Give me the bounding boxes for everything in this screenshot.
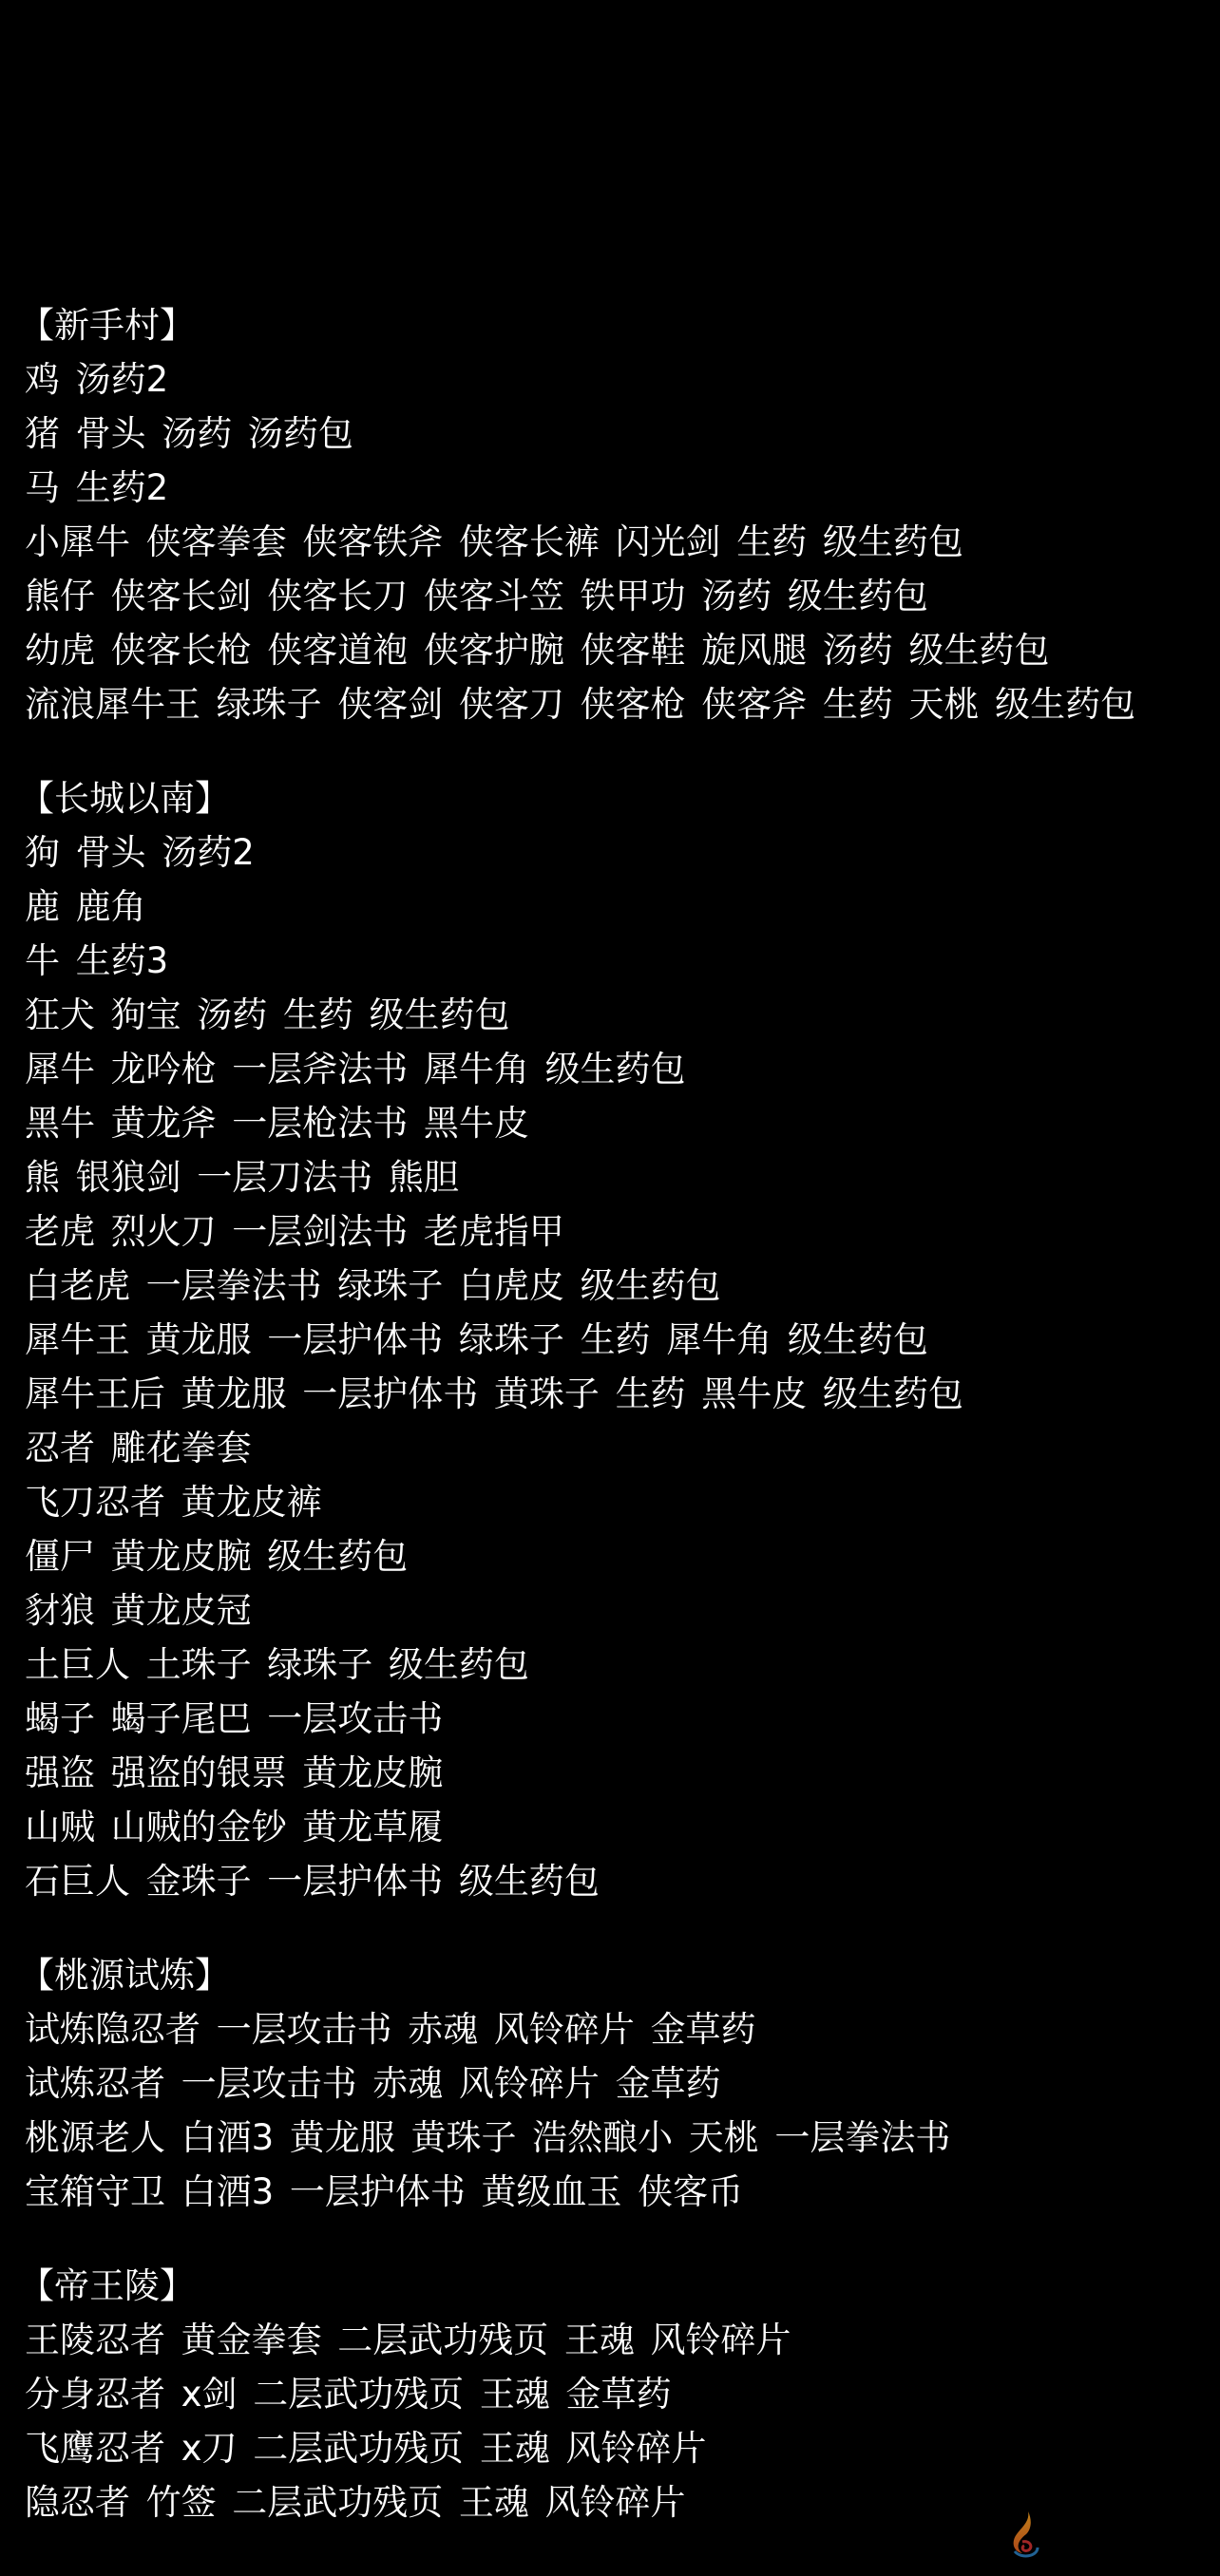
- drop-item: 金草药: [651, 2009, 756, 2050]
- drop-item: x刀: [181, 2428, 238, 2469]
- drop-item: 一层刀法书: [197, 1157, 372, 1198]
- drop-item: 生药: [283, 994, 353, 1035]
- list-item: 马生药2: [25, 461, 1203, 515]
- monster-name: 幼虎: [25, 630, 95, 671]
- section-title: 【长城以南】: [19, 771, 1203, 825]
- monster-name: 石巨人: [25, 1861, 130, 1902]
- drop-item: 黄珠子: [410, 2117, 516, 2158]
- drop-item: 风铃碎片: [651, 2320, 791, 2360]
- list-item: 土巨人土珠子绿珠子级生药包: [25, 1638, 1203, 1692]
- drop-item: 一层护体书: [302, 1373, 478, 1414]
- drop-item: 强盗的银票: [111, 1752, 287, 1793]
- section-title: 【新手村】: [19, 298, 1203, 352]
- monster-name: 马: [25, 467, 60, 508]
- drop-item: 侠客长刀: [267, 576, 408, 616]
- monster-name: 分身忍者: [25, 2374, 165, 2415]
- monster-name: 黑牛: [25, 1103, 95, 1144]
- monster-name: 狂犬: [25, 994, 95, 1035]
- drop-item: 风铃碎片: [459, 2063, 600, 2104]
- drop-item: 狗宝: [111, 994, 181, 1035]
- drop-item: 级生药包: [823, 521, 963, 562]
- drop-item: 侠客鞋: [581, 630, 686, 671]
- drop-item: 绿珠子: [267, 1644, 372, 1685]
- drop-item: 生药: [736, 521, 807, 562]
- list-item: 分身忍者x剑二层武功残页王魂金草药: [25, 2367, 1203, 2421]
- list-item: 黑牛黄龙斧一层枪法书黑牛皮: [25, 1096, 1203, 1150]
- drop-item: 级生药包: [788, 576, 928, 616]
- drop-item: 侠客拳套: [146, 521, 287, 562]
- drop-item: 一层枪法书: [232, 1103, 408, 1144]
- monster-name: 犀牛: [25, 1049, 95, 1089]
- drop-item: 金草药: [565, 2374, 671, 2415]
- drop-item: 黄龙皮冠: [111, 1590, 252, 1631]
- drop-item: x剑: [181, 2374, 238, 2415]
- drop-item: 黄龙皮裤: [181, 1482, 322, 1523]
- drop-item: 犀牛角: [424, 1049, 529, 1089]
- list-item: 忍者雕花拳套: [25, 1421, 1203, 1475]
- list-item: 鸡汤药2: [25, 352, 1203, 407]
- list-item: 石巨人金珠子一层护体书级生药包: [25, 1854, 1203, 1908]
- monster-name: 土巨人: [25, 1644, 130, 1685]
- list-item: 狂犬狗宝汤药生药级生药包: [25, 988, 1203, 1042]
- drop-item: 级生药包: [370, 994, 510, 1035]
- drop-item: 王魂: [480, 2374, 550, 2415]
- monster-name: 犀牛王: [25, 1319, 130, 1360]
- drop-item: 一层护体书: [267, 1319, 443, 1360]
- drop-item: 一层拳法书: [146, 1265, 322, 1306]
- section-title: 【桃源试炼】: [19, 1948, 1203, 2002]
- monster-name: 猪: [25, 413, 60, 454]
- list-item: 僵尸黄龙皮腕级生药包: [25, 1529, 1203, 1583]
- monster-name: 宝箱守卫: [25, 2171, 165, 2212]
- list-item: 山贼山贼的金钞黄龙草履: [25, 1800, 1203, 1854]
- drop-item: 侠客剑: [337, 684, 443, 725]
- drop-item: 竹签: [146, 2482, 217, 2523]
- list-item: 宝箱守卫白酒3一层护体书黄级血玉侠客币: [25, 2165, 1203, 2219]
- monster-name: 山贼: [25, 1807, 95, 1847]
- drop-item: 生药: [823, 684, 893, 725]
- drop-item: 一层攻击书: [181, 2063, 357, 2104]
- monster-name: 飞鹰忍者: [25, 2428, 165, 2469]
- drop-item: 黄龙服: [290, 2117, 395, 2158]
- list-item: 小犀牛侠客拳套侠客铁斧侠客长裤闪光剑生药级生药包: [25, 515, 1203, 569]
- list-item: 豺狼黄龙皮冠: [25, 1583, 1203, 1638]
- drop-item: 旋风腿: [701, 630, 807, 671]
- drop-item: 侠客铁斧: [302, 521, 443, 562]
- drop-item: 生药3: [76, 940, 169, 981]
- monster-name: 流浪犀牛王: [25, 684, 200, 725]
- list-item: 蝎子蝎子尾巴一层攻击书: [25, 1692, 1203, 1746]
- drop-item: 侠客道袍: [267, 630, 408, 671]
- drop-item: 级生药包: [459, 1861, 600, 1902]
- list-item: 犀牛王黄龙服一层护体书绿珠子生药犀牛角级生药包: [25, 1313, 1203, 1367]
- drop-item: 浩然酿小: [532, 2117, 673, 2158]
- drop-item: 白酒3: [181, 2171, 275, 2212]
- list-item: 王陵忍者黄金拳套二层武功残页王魂风铃碎片: [25, 2313, 1203, 2367]
- drop-item: 土珠子: [146, 1644, 252, 1685]
- drop-item: 风铃碎片: [494, 2009, 635, 2050]
- drop-item: 生药2: [76, 467, 169, 508]
- monster-name: 老虎: [25, 1211, 95, 1252]
- drop-item: 级生药包: [581, 1265, 721, 1306]
- list-item: 猪骨头汤药汤药包: [25, 407, 1203, 461]
- list-item: 老虎烈火刀一层剑法书老虎指甲: [25, 1204, 1203, 1259]
- drop-item: 二层武功残页: [253, 2374, 464, 2415]
- monster-name: 忍者: [25, 1428, 95, 1468]
- monster-name: 小犀牛: [25, 521, 130, 562]
- drop-list-document: 【新手村】鸡汤药2猪骨头汤药汤药包马生药2小犀牛侠客拳套侠客铁斧侠客长裤闪光剑生…: [25, 298, 1203, 2569]
- drop-item: 侠客币: [638, 2171, 743, 2212]
- monster-name: 僵尸: [25, 1536, 95, 1577]
- monster-name: 熊: [25, 1157, 60, 1198]
- drop-item: 汤药2: [76, 359, 169, 400]
- drop-item: 山贼的金钞: [111, 1807, 287, 1847]
- drop-item: 黑牛皮: [701, 1373, 807, 1414]
- drop-item: 汤药: [823, 630, 893, 671]
- list-item: 飞刀忍者黄龙皮裤: [25, 1475, 1203, 1529]
- drop-item: 黑牛皮: [424, 1103, 529, 1144]
- drop-item: 黄龙斧: [111, 1103, 217, 1144]
- monster-name: 鸡: [25, 359, 60, 400]
- drop-item: 侠客斗笠: [424, 576, 564, 616]
- drop-item: 黄龙服: [146, 1319, 252, 1360]
- drop-item: 闪光剑: [616, 521, 721, 562]
- drop-item: 白虎皮: [459, 1265, 564, 1306]
- monster-name: 豺狼: [25, 1590, 95, 1631]
- drop-item: 天桃: [908, 684, 979, 725]
- section-3: 【帝王陵】王陵忍者黄金拳套二层武功残页王魂风铃碎片分身忍者x剑二层武功残页王魂金…: [25, 2259, 1203, 2529]
- section-1: 【长城以南】狗骨头汤药2鹿鹿角牛生药3狂犬狗宝汤药生药级生药包犀牛龙吟枪一层斧法…: [25, 771, 1203, 1908]
- monster-name: 熊仔: [25, 576, 95, 616]
- drop-item: 骨头: [76, 832, 146, 873]
- list-item: 牛生药3: [25, 934, 1203, 988]
- monster-name: 飞刀忍者: [25, 1482, 165, 1523]
- drop-item: 风铃碎片: [545, 2482, 686, 2523]
- monster-name: 桃源老人: [25, 2117, 165, 2158]
- drop-item: 黄龙皮腕: [111, 1536, 252, 1577]
- drop-item: 汤药: [197, 994, 267, 1035]
- monster-name: 试炼隐忍者: [25, 2009, 200, 2050]
- section-title: 【帝王陵】: [19, 2259, 1203, 2313]
- list-item: 犀牛王后黄龙服一层护体书黄珠子生药黑牛皮级生药包: [25, 1367, 1203, 1421]
- list-item: 桃源老人白酒3黄龙服黄珠子浩然酿小天桃一层拳法书: [25, 2111, 1203, 2165]
- drop-item: 侠客长枪: [111, 630, 252, 671]
- monster-name: 犀牛王后: [25, 1373, 165, 1414]
- monster-name: 白老虎: [25, 1265, 130, 1306]
- drop-item: 二层武功残页: [232, 2482, 443, 2523]
- drop-item: 级生药包: [908, 630, 1049, 671]
- drop-item: 王魂: [459, 2482, 529, 2523]
- drop-item: 绿珠子: [459, 1319, 564, 1360]
- drop-item: 汤药包: [248, 413, 353, 454]
- drop-item: 犀牛角: [666, 1319, 772, 1360]
- drop-item: 绿珠子: [337, 1265, 443, 1306]
- drop-item: 级生药包: [389, 1644, 529, 1685]
- section-0: 【新手村】鸡汤药2猪骨头汤药汤药包马生药2小犀牛侠客拳套侠客铁斧侠客长裤闪光剑生…: [25, 298, 1203, 731]
- drop-item: 金珠子: [146, 1861, 252, 1902]
- monster-name: 牛: [25, 940, 60, 981]
- drop-item: 侠客枪: [581, 684, 686, 725]
- monster-name: 强盗: [25, 1752, 95, 1793]
- drop-item: 侠客长裤: [459, 521, 600, 562]
- drop-item: 银狼剑: [76, 1157, 181, 1198]
- drop-item: 天桃: [689, 2117, 759, 2158]
- drop-item: 二层武功残页: [337, 2320, 548, 2360]
- list-item: 试炼忍者一层攻击书赤魂风铃碎片金草药: [25, 2056, 1203, 2111]
- drop-item: 骨头: [76, 413, 146, 454]
- drop-item: 一层护体书: [290, 2171, 466, 2212]
- drop-item: 赤魂: [408, 2009, 478, 2050]
- list-item: 狗骨头汤药2: [25, 825, 1203, 880]
- list-item: 熊银狼剑一层刀法书熊胆: [25, 1150, 1203, 1204]
- drop-item: 级生药包: [788, 1319, 928, 1360]
- section-2: 【桃源试炼】试炼隐忍者一层攻击书赤魂风铃碎片金草药试炼忍者一层攻击书赤魂风铃碎片…: [25, 1948, 1203, 2219]
- drop-item: 汤药2: [162, 832, 255, 873]
- list-item: 流浪犀牛王绿珠子侠客剑侠客刀侠客枪侠客斧生药天桃级生药包: [25, 677, 1203, 731]
- drop-item: 汤药: [701, 576, 772, 616]
- drop-item: 侠客护腕: [424, 630, 564, 671]
- list-item: 鹿鹿角: [25, 880, 1203, 934]
- drop-item: 级生药包: [267, 1536, 408, 1577]
- drop-item: 老虎指甲: [424, 1211, 564, 1252]
- drop-item: 侠客刀: [459, 684, 564, 725]
- drop-item: 黄级血玉: [481, 2171, 621, 2212]
- list-item: 试炼隐忍者一层攻击书赤魂风铃碎片金草药: [25, 2002, 1203, 2056]
- list-item: 强盗强盗的银票黄龙皮腕: [25, 1746, 1203, 1800]
- drop-item: 一层攻击书: [217, 2009, 392, 2050]
- drop-item: 级生药包: [995, 684, 1135, 725]
- drop-item: 侠客长剑: [111, 576, 252, 616]
- drop-item: 赤魂: [372, 2063, 443, 2104]
- drop-item: 一层护体书: [267, 1861, 443, 1902]
- drop-item: 龙吟枪: [111, 1049, 217, 1089]
- drop-item: 一层剑法书: [232, 1211, 408, 1252]
- drop-item: 生药: [616, 1373, 686, 1414]
- drop-item: 黄龙皮腕: [302, 1752, 443, 1793]
- drop-item: 雕花拳套: [111, 1428, 252, 1468]
- drop-item: 黄珠子: [494, 1373, 600, 1414]
- drop-item: 侠客斧: [701, 684, 807, 725]
- drop-item: 级生药包: [545, 1049, 686, 1089]
- flame-swirl-logo-icon: [1003, 2508, 1045, 2561]
- drop-item: 白酒3: [181, 2117, 275, 2158]
- drop-item: 一层斧法书: [232, 1049, 408, 1089]
- drop-item: 烈火刀: [111, 1211, 217, 1252]
- monster-name: 蝎子: [25, 1698, 95, 1739]
- drop-item: 二层武功残页: [253, 2428, 464, 2469]
- drop-item: 汤药: [162, 413, 232, 454]
- drop-item: 黄金拳套: [181, 2320, 322, 2360]
- list-item: 犀牛龙吟枪一层斧法书犀牛角级生药包: [25, 1042, 1203, 1096]
- drop-item: 蝎子尾巴: [111, 1698, 252, 1739]
- drop-item: 绿珠子: [217, 684, 322, 725]
- drop-item: 王魂: [480, 2428, 550, 2469]
- drop-item: 黄龙草履: [302, 1807, 443, 1847]
- list-item: 熊仔侠客长剑侠客长刀侠客斗笠铁甲功汤药级生药包: [25, 569, 1203, 623]
- drop-item: 铁甲功: [581, 576, 686, 616]
- list-item: 白老虎一层拳法书绿珠子白虎皮级生药包: [25, 1259, 1203, 1313]
- drop-item: 金草药: [616, 2063, 721, 2104]
- drop-item: 黄龙服: [181, 1373, 287, 1414]
- drop-item: 一层拳法书: [774, 2117, 950, 2158]
- drop-item: 熊胆: [389, 1157, 459, 1198]
- list-item: 幼虎侠客长枪侠客道袍侠客护腕侠客鞋旋风腿汤药级生药包: [25, 623, 1203, 677]
- drop-item: 生药: [581, 1319, 651, 1360]
- drop-item: 王魂: [564, 2320, 635, 2360]
- monster-name: 鹿: [25, 886, 60, 927]
- drop-item: 一层攻击书: [267, 1698, 443, 1739]
- monster-name: 王陵忍者: [25, 2320, 165, 2360]
- monster-name: 隐忍者: [25, 2482, 130, 2523]
- drop-item: 鹿角: [76, 886, 146, 927]
- drop-item: 风铃碎片: [565, 2428, 706, 2469]
- drop-item: 级生药包: [823, 1373, 963, 1414]
- monster-name: 试炼忍者: [25, 2063, 165, 2104]
- monster-name: 狗: [25, 832, 60, 873]
- list-item: 飞鹰忍者x刀二层武功残页王魂风铃碎片: [25, 2421, 1203, 2475]
